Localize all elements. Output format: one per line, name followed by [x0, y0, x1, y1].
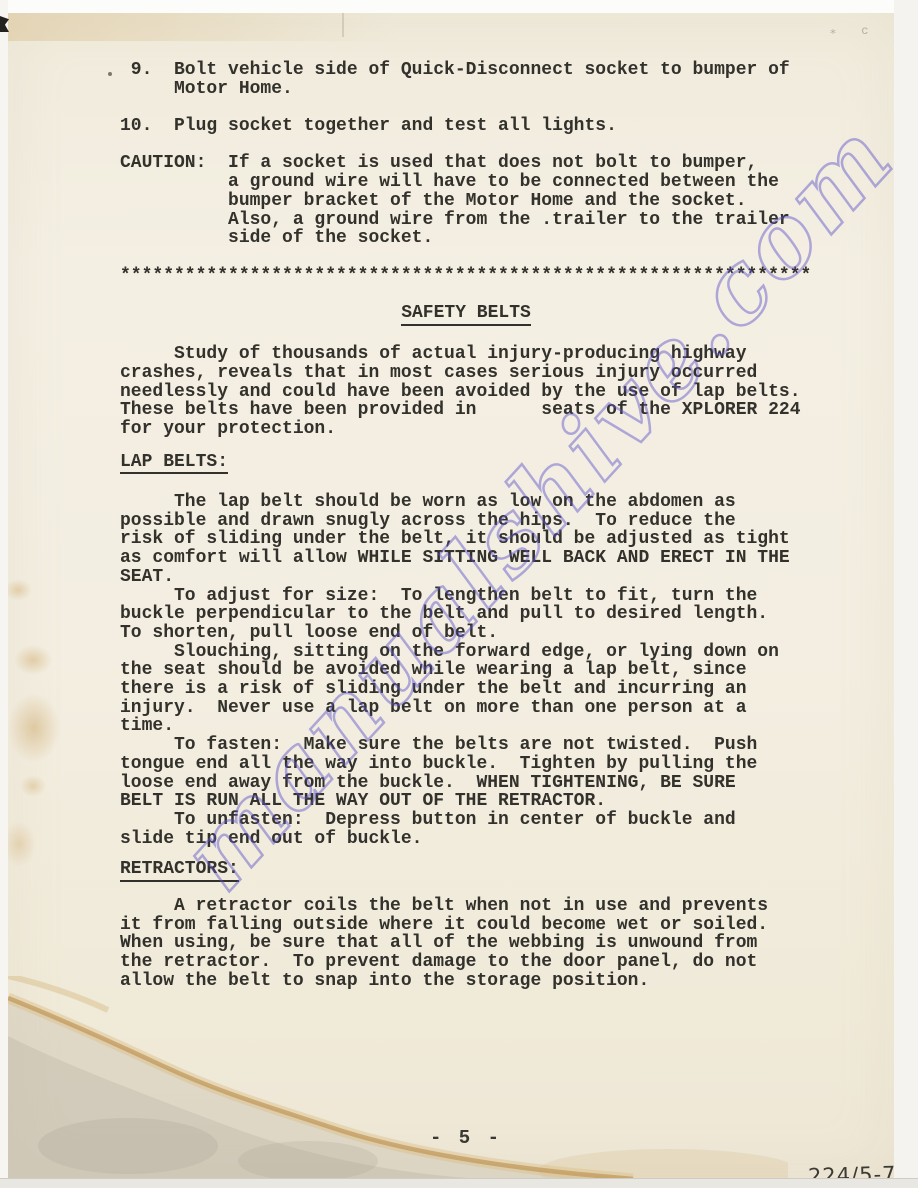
stray-ink-dot [108, 72, 112, 76]
safety-belts-intro: Study of thousands of actual injury-prod… [120, 345, 812, 439]
edge-stain [8, 579, 32, 601]
scan-margin-right [894, 0, 918, 1188]
edge-stain [14, 645, 52, 675]
edge-stain [8, 693, 60, 763]
document-body: 9. Bolt vehicle side of Quick-Disconnect… [120, 61, 812, 991]
section-heading-safety-belts: SAFETY BELTS [120, 304, 812, 326]
list-item-10: 10. Plug socket together and test all li… [120, 117, 812, 136]
page-number: - 5 - [120, 1127, 812, 1149]
lap-belts-paragraph-3: Slouching, sitting on the forward edge, … [120, 643, 812, 737]
lap-belts-paragraph-2: To adjust for size: To lengthen belt to … [120, 587, 812, 643]
caution-note: CAUTION: If a socket is used that does n… [120, 154, 812, 248]
edge-stain [8, 821, 36, 867]
heading-text: LAP BELTS: [120, 453, 228, 475]
section-heading-retractors: RETRACTORS: [120, 860, 812, 882]
heading-text: SAFETY BELTS [401, 304, 531, 326]
separator-line: ****************************************… [120, 267, 812, 286]
lap-belts-paragraph-4: To fasten: Make sure the belts are not t… [120, 736, 812, 811]
section-heading-lap-belts: LAP BELTS: [120, 453, 812, 475]
scan-margin-top [0, 0, 918, 13]
list-item-9: 9. Bolt vehicle side of Quick-Disconnect… [120, 61, 812, 98]
manual-page: 9. Bolt vehicle side of Quick-Disconnect… [8, 13, 894, 1178]
scan-background: 9. Bolt vehicle side of Quick-Disconnect… [0, 0, 918, 1188]
scan-artifact-line [342, 13, 344, 37]
faint-corner-marks: ⁎ c [830, 23, 877, 38]
lap-belts-paragraph-1: The lap belt should be worn as low on th… [120, 493, 812, 587]
handwritten-code: 224/5-72 [808, 1162, 894, 1178]
top-edge-stain [8, 13, 528, 41]
scan-margin-left [0, 0, 8, 1188]
edge-stain [20, 775, 46, 797]
heading-text: RETRACTORS: [120, 860, 239, 882]
lap-belts-paragraph-5: To unfasten: Depress button in center of… [120, 811, 812, 848]
retractors-paragraph: A retractor coils the belt when not in u… [120, 897, 812, 991]
scan-margin-bottom [0, 1178, 918, 1188]
